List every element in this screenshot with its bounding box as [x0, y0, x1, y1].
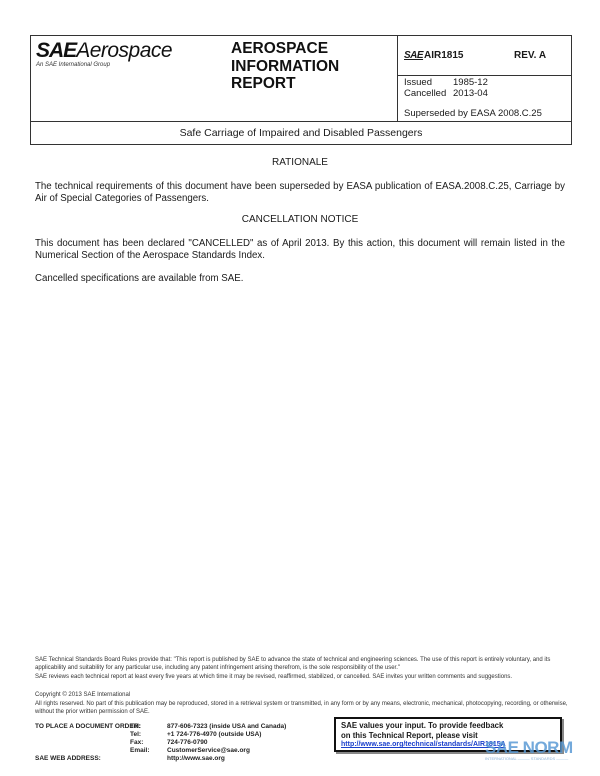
contact-value: 724-776-0790 [167, 739, 207, 747]
availability-text: Cancelled specifications are available f… [35, 273, 565, 285]
contact-label: Tel: [130, 723, 141, 731]
web-link[interactable]: http://www.sae.org [167, 755, 225, 763]
issued-value: 1985-12 [453, 77, 488, 88]
standards-rules-text: SAE Technical Standards Board Rules prov… [35, 657, 570, 672]
document-title: Safe Carriage of Impaired and Disabled P… [31, 121, 571, 145]
doc-dates: Issued1985-12 Cancelled2013-04 [404, 77, 488, 99]
cancellation-text: This document has been declared "CANCELL… [35, 238, 565, 261]
logo-brand: SAE [36, 39, 76, 62]
doc-type-line: AEROSPACE [231, 40, 339, 58]
issued-label: Issued [404, 77, 453, 88]
contact-value: 877-606-7323 (inside USA and Canada) [167, 723, 286, 731]
header-right-panel: SAE AIR1815 REV. A Issued1985-12 Cancell… [397, 36, 572, 121]
cancellation-heading: CANCELLATION NOTICE [0, 214, 600, 225]
cancelled-value: 2013-04 [453, 88, 488, 99]
rationale-text: The technical requirements of this docum… [35, 181, 565, 204]
copyright: Copyright © 2013 SAE International [35, 692, 570, 700]
rationale-heading: RATIONALE [0, 157, 600, 168]
doc-number: AIR1815 [424, 50, 463, 61]
sae-mark-icon: SAE [404, 50, 423, 61]
order-label: TO PLACE A DOCUMENT ORDER: [35, 723, 141, 731]
contact-label: Fax: [130, 739, 143, 747]
contact-label: Email: [130, 747, 150, 755]
feedback-line: SAE values your input. To provide feedba… [341, 721, 555, 731]
superseded-note: Superseded by EASA 2008.C.25 [404, 108, 542, 119]
doc-type-line: REPORT [231, 75, 339, 93]
revision: REV. A [514, 50, 546, 61]
rights-text: All rights reserved. No part of this pub… [35, 701, 570, 716]
contact-label: Tel: [130, 731, 141, 739]
web-label: SAE WEB ADDRESS: [35, 755, 101, 763]
header-left-panel: SAEAerospace An SAE International Group … [31, 36, 397, 121]
sae-aerospace-logo: SAEAerospace [36, 39, 172, 63]
email-link[interactable]: CustomerService@sae.org [167, 747, 250, 755]
doc-id-cell: SAE AIR1815 REV. A [398, 36, 572, 76]
doc-type-line: INFORMATION [231, 58, 339, 76]
watermark-tagline: INTERNATIONAL ——— STANDARDS ——— [485, 756, 573, 761]
document-type: AEROSPACE INFORMATION REPORT [231, 40, 339, 93]
cancelled-label: Cancelled [404, 88, 453, 99]
watermark-logo: SAE NORM [485, 738, 573, 758]
contact-value: +1 724-776-4970 (outside USA) [167, 731, 261, 739]
logo-subtitle: An SAE International Group [36, 62, 110, 68]
document-header-box: SAEAerospace An SAE International Group … [30, 35, 572, 145]
logo-name: Aerospace [76, 39, 172, 62]
sae-norm-watermark: SAE NORM INTERNATIONAL ——— STANDARDS ——— [485, 738, 573, 761]
review-text: SAE reviews each technical report at lea… [35, 674, 570, 682]
